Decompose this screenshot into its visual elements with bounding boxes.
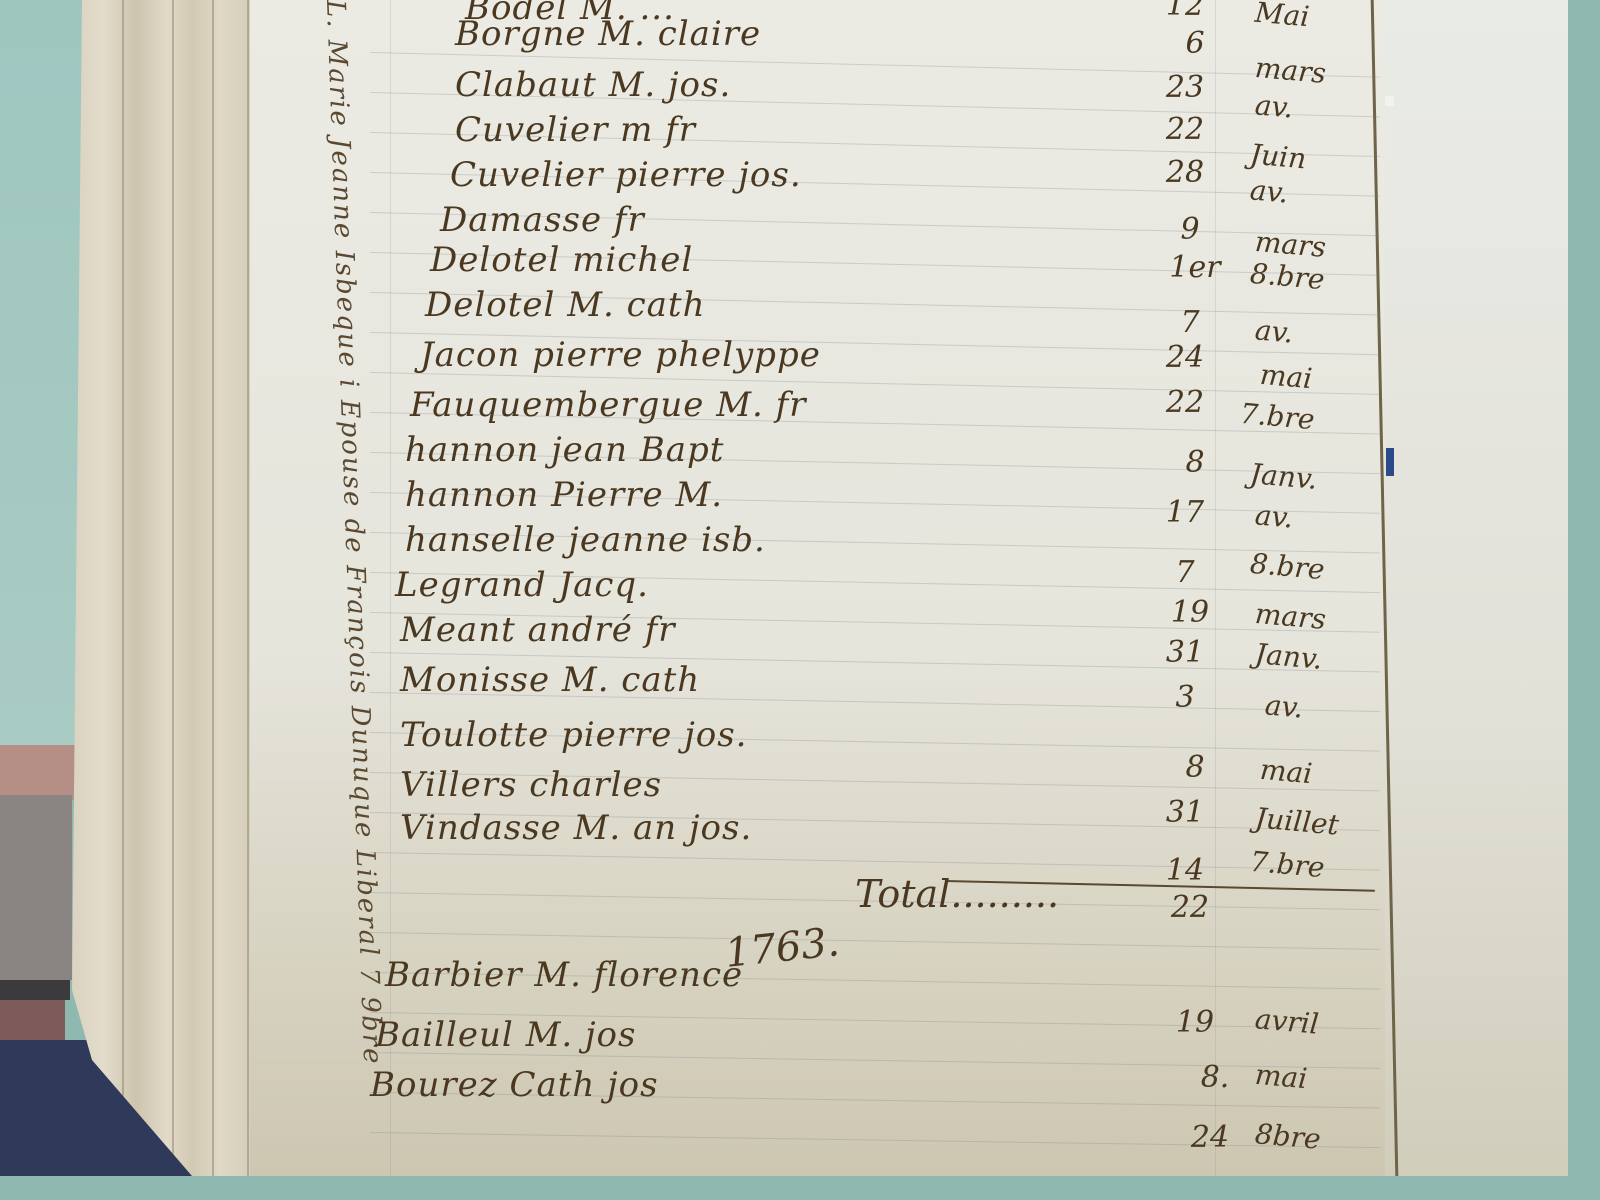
entry-month: mars [1254, 51, 1328, 90]
entry-name: Jacon pierre phelyppe [420, 335, 821, 375]
entry-day: 7 [1155, 305, 1225, 340]
entry-day: 24 [1150, 340, 1220, 375]
facing-page [1385, 0, 1568, 1176]
entry-name: Damasse fr [440, 200, 645, 240]
entry-day: 24 [1175, 1120, 1245, 1155]
background-object [0, 745, 80, 800]
entry-month: mars [1254, 597, 1328, 636]
entry-name: Vindasse M. an jos. [400, 808, 752, 848]
entry-day: 22 [1150, 112, 1220, 147]
binding-thread [1385, 96, 1394, 106]
entry-month: 7.bre [1249, 845, 1326, 884]
total-value: 22 [1155, 890, 1225, 925]
binding-thread-blue [1386, 448, 1394, 476]
entry-name: hanselle jeanne isb. [405, 520, 766, 560]
entry-name: Toulotte pierre jos. [400, 715, 747, 755]
entry-month: av. [1264, 688, 1305, 724]
margin-column-line [390, 0, 391, 1176]
entry-month: av. [1254, 88, 1295, 124]
entry-day: 8 [1160, 445, 1230, 480]
entry-name: Delotel michel [430, 240, 693, 280]
entry-day: 1er [1160, 250, 1230, 285]
entry-month: mai [1254, 1058, 1309, 1095]
entry-name: Fauquembergue M. fr [410, 385, 806, 425]
entry-month: av. [1249, 173, 1290, 209]
entry-name: Borgne M. claire [455, 14, 761, 54]
entry-name: Clabaut M. jos. [455, 65, 731, 105]
entry-day: 17 [1150, 495, 1220, 530]
entry-month: avril [1254, 1002, 1320, 1040]
entry-name: Delotel M. cath [425, 285, 706, 325]
entry-month: Mai [1254, 0, 1311, 33]
entry-name: hannon Pierre M. [405, 475, 723, 515]
entry-name: Cuvelier m fr [455, 110, 696, 150]
entry-month: mai [1259, 358, 1314, 395]
entry-day: 31 [1150, 795, 1220, 830]
entry-month: av. [1254, 313, 1295, 349]
entry-month: Janv. [1254, 637, 1324, 676]
background-object [0, 795, 72, 980]
entry-day: 23 [1150, 70, 1220, 105]
entry-month: 8.bre [1249, 547, 1326, 586]
entry-name: hannon jean Bapt [405, 430, 724, 470]
entry-day: 9 [1155, 212, 1225, 247]
entry-month: 8.bre [1249, 257, 1326, 296]
entry-month: mai [1259, 753, 1314, 790]
entry-day: 3 [1150, 680, 1220, 715]
entry-name: Bourez Cath jos [370, 1065, 659, 1105]
entry-day: 8. [1180, 1060, 1250, 1095]
entry-day: 14 [1150, 853, 1220, 888]
entry-day: 6 [1160, 26, 1230, 61]
entry-name: Cuvelier pierre jos. [450, 155, 802, 195]
entry-month: av. [1254, 498, 1295, 534]
entry-day: 28 [1150, 155, 1220, 190]
entry-day: 22 [1150, 385, 1220, 420]
entry-day: 31 [1150, 635, 1220, 670]
entry-day: 7 [1150, 555, 1220, 590]
entry-name: Villers charles [400, 765, 662, 805]
entry-month: 7.bre [1239, 397, 1316, 436]
background-object [0, 1000, 65, 1040]
entry-day: 19 [1160, 1005, 1230, 1040]
page-stack-edges [62, 0, 272, 1176]
entry-day: 19 [1155, 595, 1225, 630]
entry-month: Juin [1249, 138, 1308, 176]
entry-month: Janv. [1249, 457, 1319, 496]
background-object [0, 980, 70, 1000]
entry-name: Barbier M. florence [385, 955, 743, 995]
entry-name: Monisse M. cath [400, 660, 700, 700]
entry-day: 12 [1150, 0, 1220, 23]
entry-name: Legrand Jacq. [395, 565, 649, 605]
entry-name: Meant andré fr [400, 610, 676, 650]
entry-name: Bailleul M. jos [375, 1015, 636, 1055]
total-label: Total......... [855, 872, 1059, 916]
entry-day: 8 [1160, 750, 1230, 785]
entry-month: 8bre [1254, 1117, 1322, 1156]
